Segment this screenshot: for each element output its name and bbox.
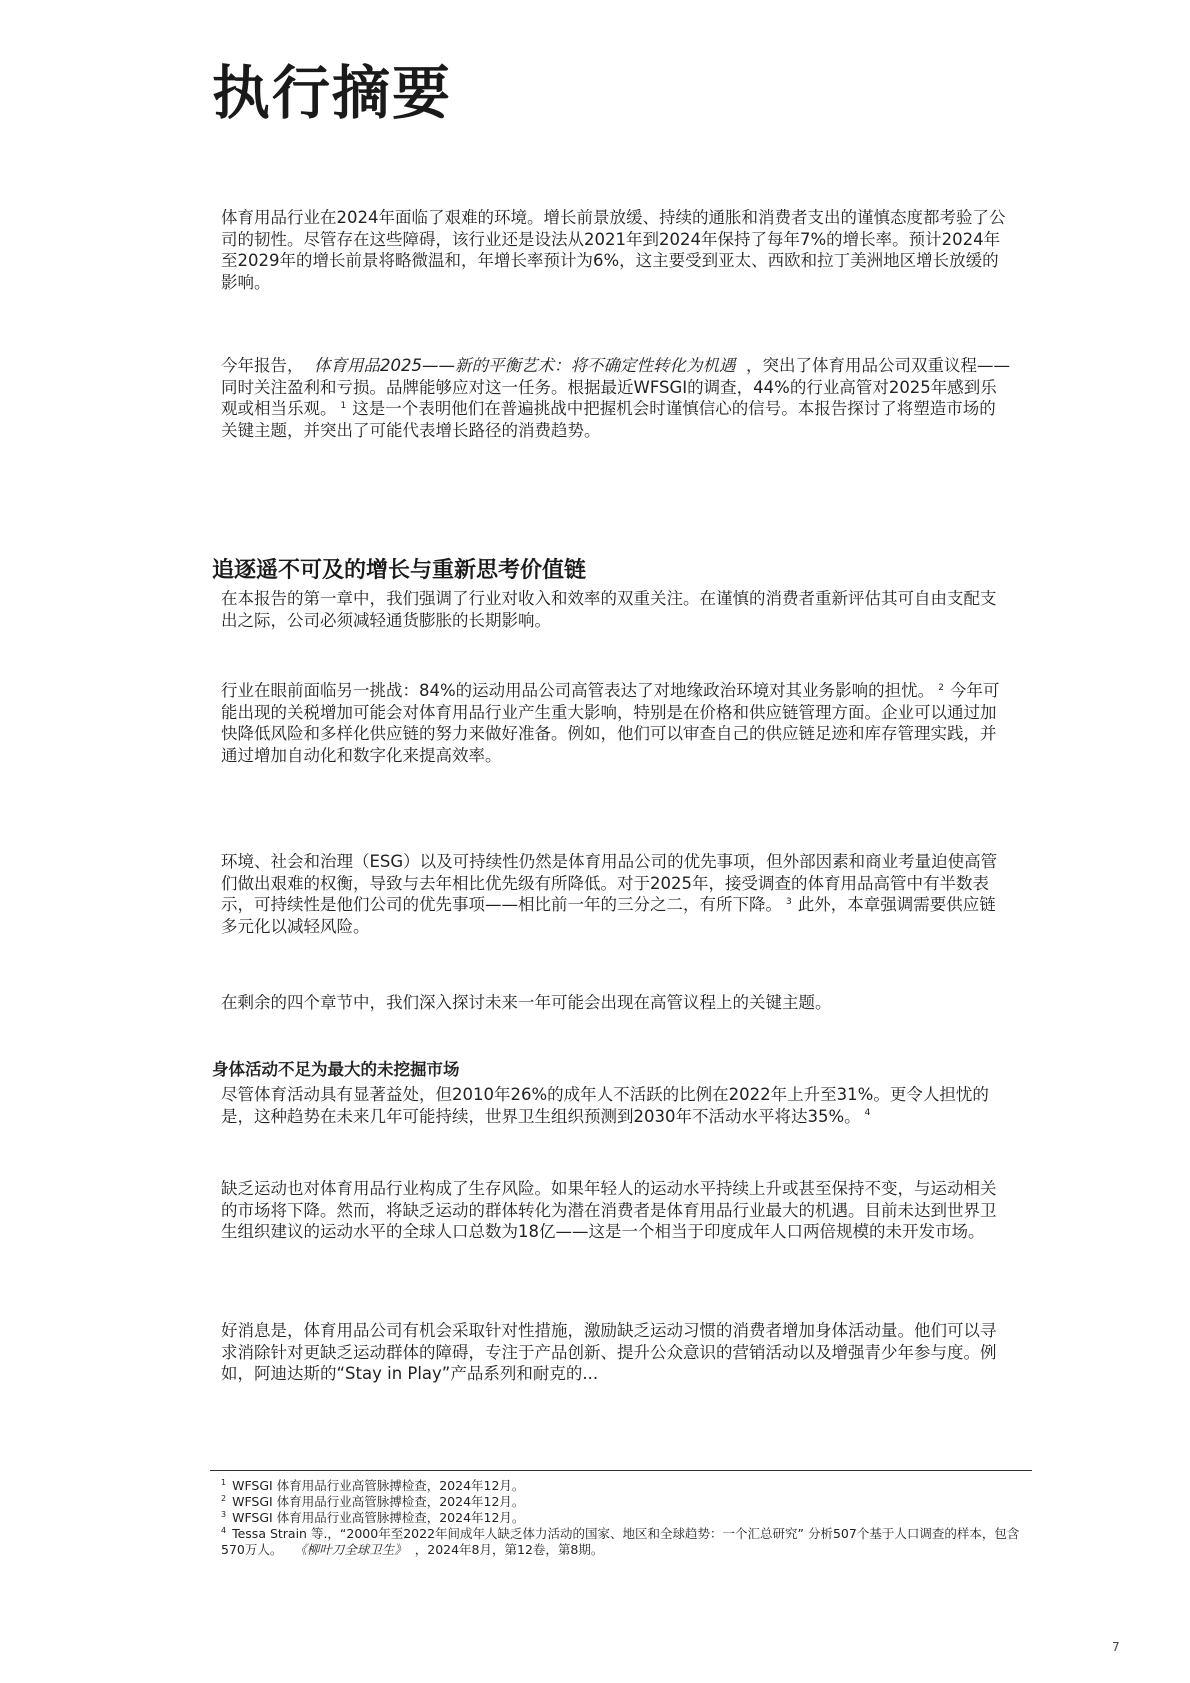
- footnote-text: WFSGI 体育用品行业高管脉搏检查，2024年12月。: [232, 1494, 524, 1509]
- footnote-text: WFSGI 体育用品行业高管脉搏检查，2024年12月。: [232, 1510, 524, 1525]
- section-heading-growth: 追逐遥不可及的增长与重新思考价值链: [212, 553, 586, 584]
- footnote-divider: [210, 1470, 1032, 1471]
- footnote-ref-2[interactable]: 2: [938, 683, 944, 693]
- section-heading-inactivity: 身体活动不足为最大的未挖掘市场: [212, 1056, 460, 1080]
- intro-paragraph-2: 今年报告， 体育用品2025——新的平衡艺术：将不确定性转化为机遇 ，突出了体育…: [221, 355, 1011, 441]
- section1-paragraph-3: 环境、社会和治理（ESG）以及可持续性仍然是体育用品公司的优先事项，但外部因素和…: [221, 851, 1011, 937]
- section1-paragraph-2: 行业在眼前面临另一挑战：84%的运动用品公司高管表达了对地缘政治环境对其业务影响…: [221, 680, 1011, 766]
- footnotes: 1WFSGI 体育用品行业高管脉搏检查，2024年12月。 2WFSGI 体育用…: [221, 1478, 1021, 1558]
- section1-paragraph-4: 在剩余的四个章节中，我们深入探讨未来一年可能会出现在高管议程上的关键主题。: [221, 992, 1011, 1014]
- journal-title: 《柳叶刀全球卫生》: [294, 1542, 407, 1557]
- section2-paragraph-2: 缺乏运动也对体育用品行业构成了生存风险。如果年轻人的运动水平持续上升或甚至保持不…: [221, 1178, 1011, 1243]
- report-title: 体育用品2025——新的平衡艺术：将不确定性转化为机遇: [314, 356, 736, 375]
- footnote-3: 3WFSGI 体育用品行业高管脉搏检查，2024年12月。: [221, 1510, 1021, 1526]
- page-number: 7: [1112, 1640, 1120, 1654]
- section1-p2-prefix: 行业在眼前面临另一挑战：84%的运动用品公司高管表达了对地缘政治环境对其业务影响…: [221, 681, 934, 700]
- page-title: 执行摘要: [212, 62, 452, 126]
- section2-paragraph-1: 尽管体育活动具有显著益处，但2010年26%的成年人不活跃的比例在2022年上升…: [221, 1084, 1011, 1127]
- footnote-number: 2: [221, 1494, 226, 1503]
- section2-p1-text: 尽管体育活动具有显著益处，但2010年26%的成年人不活跃的比例在2022年上升…: [221, 1085, 989, 1126]
- footnote-2: 2WFSGI 体育用品行业高管脉搏检查，2024年12月。: [221, 1494, 1021, 1510]
- footnote-number: 1: [221, 1478, 226, 1487]
- footnote-ref-4[interactable]: 4: [865, 1108, 871, 1118]
- section1-paragraph-1: 在本报告的第一章中，我们强调了行业对收入和效率的双重关注。在谨慎的消费者重新评估…: [221, 588, 1011, 631]
- footnote-ref-3[interactable]: 3: [786, 897, 792, 907]
- section2-paragraph-3: 好消息是，体育用品公司有机会采取针对性措施，激励缺乏运动习惯的消费者增加身体活动…: [221, 1320, 1011, 1385]
- footnote-4: 4Tessa Strain 等.，“2000年至2022年间成年人缺乏体力活动的…: [221, 1526, 1021, 1558]
- footnote-number: 3: [221, 1510, 226, 1519]
- footnote-text: WFSGI 体育用品行业高管脉搏检查，2024年12月。: [232, 1478, 524, 1493]
- footnote-text-suffix: ，2024年8月，第12卷，第8期。: [415, 1542, 604, 1557]
- intro-paragraph-1: 体育用品行业在2024年面临了艰难的环境。增长前景放缓、持续的通胀和消费者支出的…: [221, 207, 1011, 293]
- footnote-ref-1[interactable]: 1: [341, 401, 347, 411]
- footnote-1: 1WFSGI 体育用品行业高管脉搏检查，2024年12月。: [221, 1478, 1021, 1494]
- footnote-number: 4: [221, 1526, 226, 1535]
- intro-p2-prefix: 今年报告，: [221, 356, 304, 375]
- intro-p2-suffix: 这是一个表明他们在普遍挑战中把握机会时谨慎信心的信号。本报告探讨了将塑造市场的关…: [221, 399, 996, 440]
